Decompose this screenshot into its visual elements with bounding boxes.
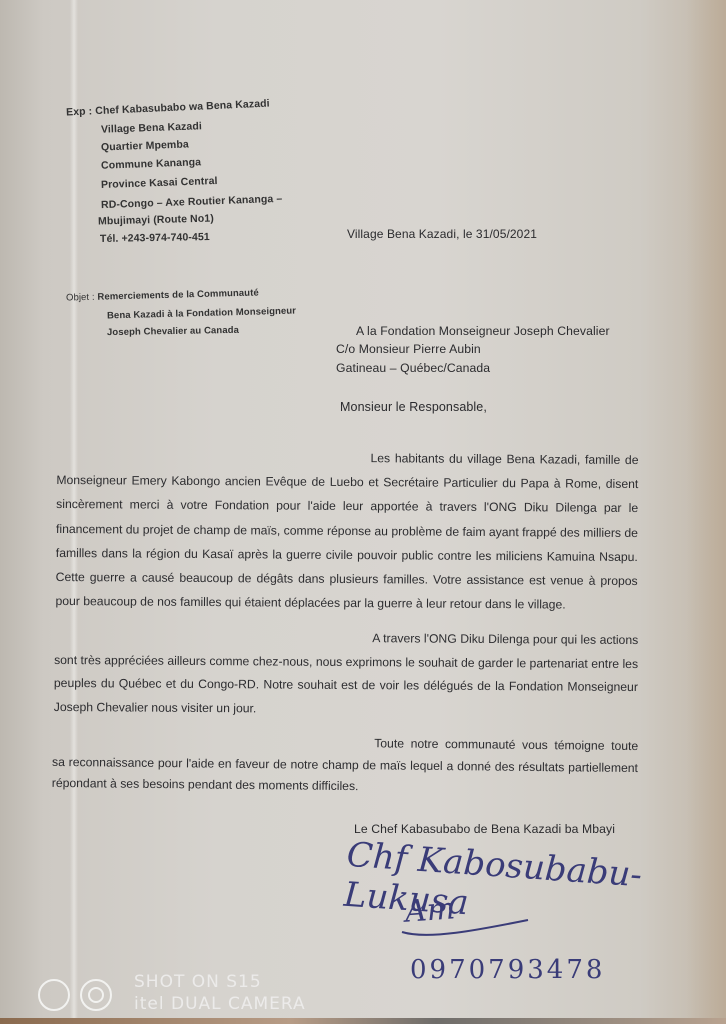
watermark-line-2: itel DUAL CAMERA xyxy=(134,994,306,1014)
signature-flourish-icon xyxy=(398,910,538,940)
sender-phone: Tél. +243-974-740-451 xyxy=(100,231,210,245)
subject-line: Bena Kazadi à la Fondation Monseigneur xyxy=(107,306,296,322)
recipient-line: C/o Monsieur Pierre Aubin xyxy=(336,342,481,356)
place-date: Village Bena Kazadi, le 31/05/2021 xyxy=(347,227,537,241)
sender-address-line: RD-Congo – Axe Routier Kananga – xyxy=(101,193,283,211)
sender-address-line: Province Kasai Central xyxy=(101,175,218,191)
sender-name-line: Exp : Chef Kabasubabo wa Bena Kazadi xyxy=(66,98,270,119)
sender-address-line: Mbujimayi (Route No1) xyxy=(98,212,214,227)
sender-address-line: Quartier Mpemba xyxy=(101,138,189,153)
sender-address-line: Commune Kananga xyxy=(101,156,201,171)
body-paragraph-2: A travers l'ONG Diku Dilenga pour qui le… xyxy=(54,625,639,723)
subject-text: Remerciements de la Communauté xyxy=(97,287,259,302)
sender-address-line: Village Bena Kazadi xyxy=(101,120,202,136)
sender-name: Chef Kabasubabo wa Bena Kazadi xyxy=(95,98,270,118)
sender-label: Exp : xyxy=(66,105,93,118)
photo-bottom-edge xyxy=(0,1018,726,1024)
recipient-line: Gatineau – Québec/Canada xyxy=(336,361,490,375)
camera-logo-icon xyxy=(38,979,70,1011)
subject-line: Objet : Remerciements de la Communauté xyxy=(66,287,259,303)
recipient-line: A la Fondation Monseigneur Joseph Cheval… xyxy=(356,324,610,338)
body-paragraph-3: Toute notre communauté vous témoigne tou… xyxy=(52,730,639,801)
signature-title: Le Chef Kabasubabo de Bena Kazadi ba Mba… xyxy=(354,822,615,836)
subject-line: Joseph Chevalier au Canada xyxy=(107,325,239,338)
handwritten-phone: 0970793478 xyxy=(410,955,605,985)
watermark-line-1: SHOT ON S15 xyxy=(134,972,262,992)
body-paragraph-1: Les habitants du village Bena Kazadi, fa… xyxy=(55,444,638,617)
salutation: Monsieur le Responsable, xyxy=(340,400,487,414)
subject-label: Objet : xyxy=(66,292,95,304)
camera-lens-inner-icon xyxy=(88,987,104,1003)
